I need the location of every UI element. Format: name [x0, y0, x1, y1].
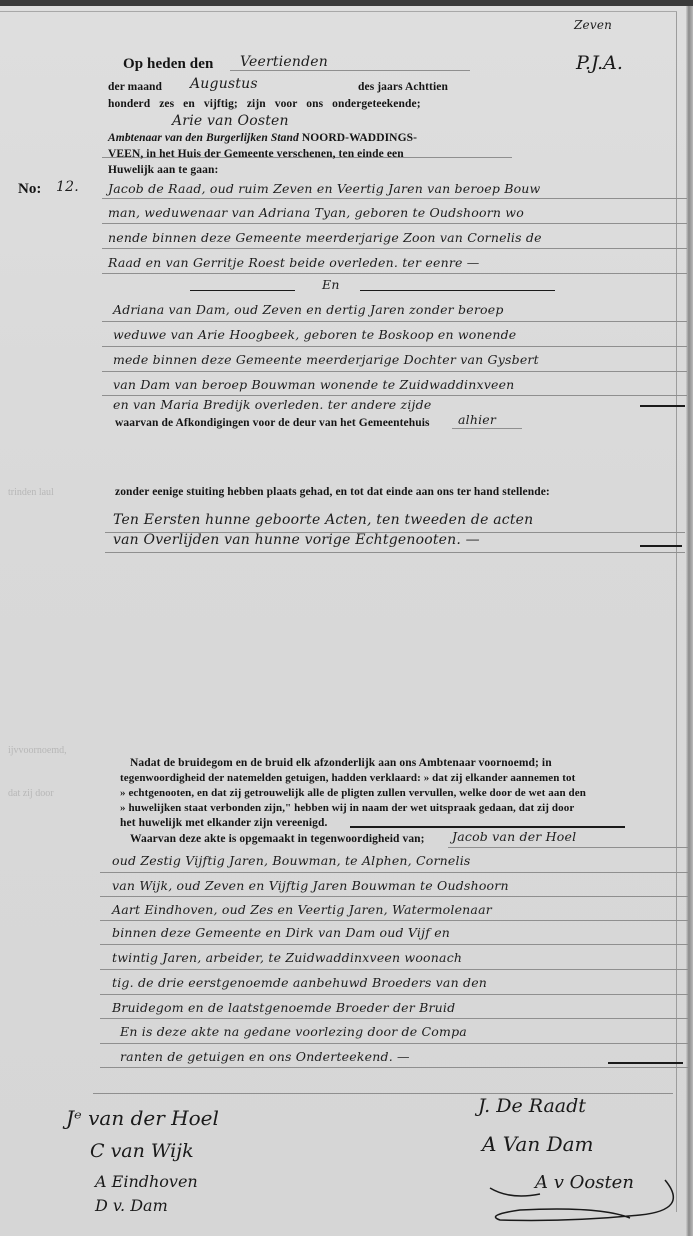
- witness-line-7: tig. de drie eerstgenoemde aanbehuwd Bro…: [112, 975, 487, 990]
- header-op-heden: Op heden den: [123, 57, 213, 71]
- record-number-label: No:: [18, 181, 41, 198]
- declaration-line-4: » huwelijken staat verbonden zijn," hebb…: [120, 801, 574, 815]
- header-ambtenaar-line: Ambtenaar van den Burgerlijken Stand NOO…: [108, 131, 417, 145]
- bride-line-1: Adriana van Dam, oud Zeven en dertig Jar…: [113, 302, 504, 317]
- header-month: Augustus: [190, 76, 258, 92]
- ruled-line: [102, 198, 687, 199]
- header-day: Veertienden: [240, 54, 328, 70]
- witness-line-5: binnen deze Gemeente en Dirk van Dam oud…: [112, 925, 450, 940]
- ruled-line: [93, 1093, 673, 1094]
- header-huwelijk-line: Huwelijk aan te gaan:: [108, 163, 218, 177]
- ruled-line: [100, 920, 688, 921]
- bride-line-2: weduwe van Arie Hoogbeek, geboren te Bos…: [113, 327, 516, 342]
- record-number: 12.: [56, 179, 79, 195]
- bleed-through-text: trinden laul: [8, 487, 54, 498]
- header-official-name: Arie van Oosten: [172, 113, 289, 129]
- witness-line-1: Jacob van der Hoel: [452, 829, 576, 844]
- ruled-line: [100, 872, 688, 873]
- page-frame-top: [0, 11, 677, 12]
- header-year-line: honderd zes en vijftig; zijn voor ons on…: [108, 97, 421, 111]
- witness-line-10: ranten de getuigen en ons Onderteekend. …: [120, 1049, 410, 1064]
- no-objection-print: zonder eenige stuiting hebben plaats geh…: [115, 485, 550, 499]
- ruled-line: [102, 395, 687, 396]
- signature-witness-3: A Eindhoven: [95, 1172, 198, 1191]
- ruled-line: [100, 896, 688, 897]
- bride-line-5: en van Maria Bredijk overleden. ter ande…: [113, 397, 431, 412]
- documents-line-1: Ten Eersten hunne geboorte Acten, ten tw…: [113, 512, 533, 528]
- groom-line-3: nende binnen deze Gemeente meerderjarige…: [108, 230, 542, 245]
- bleed-through-text: dat zij door: [8, 788, 54, 799]
- witness-line-9: En is deze akte na gedane voorlezing doo…: [120, 1024, 467, 1039]
- signature-flourish: [480, 1170, 680, 1230]
- signature-witness-4: D v. Dam: [95, 1196, 168, 1215]
- groom-line-4: Raad en van Gerritje Roest beide overled…: [108, 255, 479, 270]
- signature-witness-2: C van Wijk: [90, 1140, 194, 1162]
- witness-line-3: van Wijk, oud Zeven en Vijftig Jaren Bou…: [112, 878, 509, 893]
- signature-groom: J. De Raadt: [478, 1095, 586, 1117]
- declaration-line-3: » echtgenooten, en dat zij getrouwelijk …: [120, 786, 586, 800]
- bride-line-4: van Dam van beroep Bouwman wonende te Zu…: [113, 377, 514, 392]
- ruled-line: [100, 1043, 688, 1044]
- ruled-line: [100, 994, 688, 995]
- header-veen-line: VEEN, in het Huis der Gemeente verschene…: [108, 147, 404, 161]
- declaration-line-1: Nadat de bruidegom en de bruid elk afzon…: [130, 756, 552, 770]
- witness-line-4: Aart Eindhoven, oud Zes en Veertig Jaren…: [112, 902, 492, 917]
- header-maand-label: der maand: [108, 80, 162, 94]
- groom-line-1: Jacob de Raad, oud ruim Zeven en Veertig…: [108, 181, 540, 196]
- witness-line-2: oud Zestig Vijftig Jaren, Bouwman, te Al…: [112, 853, 471, 868]
- groom-bride-conjunction: En: [322, 277, 340, 292]
- ruled-line: [102, 273, 687, 274]
- ruled-line: [102, 346, 687, 347]
- signature-bride: A Van Dam: [482, 1132, 594, 1156]
- separator-dash: [350, 826, 625, 828]
- fill-line: [452, 428, 522, 429]
- ruled-line: [100, 1067, 688, 1068]
- documents-line-2: van Overlijden van hunne vorige Echtgeno…: [113, 532, 480, 548]
- ruled-line: [105, 552, 685, 553]
- proclamation-place: alhier: [458, 412, 496, 427]
- page-right-edge: [686, 6, 693, 1236]
- separator-dash: [360, 290, 555, 291]
- ruled-line: [448, 847, 688, 848]
- proclamation-print: waarvan de Afkondigingen voor de deur va…: [115, 416, 430, 430]
- ruled-line: [100, 969, 688, 970]
- separator-dash: [640, 405, 685, 407]
- signature-witness-1: Jᵉ van der Hoel: [66, 1106, 219, 1130]
- ruled-line: [102, 248, 687, 249]
- ruled-line: [100, 1018, 688, 1019]
- witness-line-6: twintig Jaren, arbeider, te Zuidwaddinxv…: [112, 950, 462, 965]
- ruled-line: [102, 321, 687, 322]
- witnesses-print: Waarvan deze akte is opgemaakt in tegenw…: [130, 832, 425, 846]
- page-frame-right: [676, 12, 677, 1212]
- bleed-through-text: ijvvoornoemd,: [8, 745, 67, 756]
- declaration-line-5: het huwelijk met elkander zijn vereenigd…: [120, 816, 327, 830]
- ruled-line: [102, 223, 687, 224]
- margin-note-initials: P.J.A.: [576, 52, 623, 74]
- groom-line-2: man, weduwenaar van Adriana Tyan, gebore…: [108, 205, 524, 220]
- separator-dash: [190, 290, 295, 291]
- witness-line-8: Bruidegom en de laatstgenoemde Broeder d…: [112, 1000, 455, 1015]
- header-jaars: des jaars Achttien: [358, 80, 448, 94]
- ruled-line: [100, 944, 688, 945]
- declaration-line-2: tegenwoordigheid der natemelden getuigen…: [120, 771, 575, 785]
- separator-dash: [608, 1062, 683, 1064]
- ruled-line: [102, 371, 687, 372]
- margin-note-word: Zeven: [574, 18, 612, 32]
- fill-line: [230, 70, 470, 71]
- separator-dash: [640, 545, 682, 547]
- bride-line-3: mede binnen deze Gemeente meerderjarige …: [113, 352, 539, 367]
